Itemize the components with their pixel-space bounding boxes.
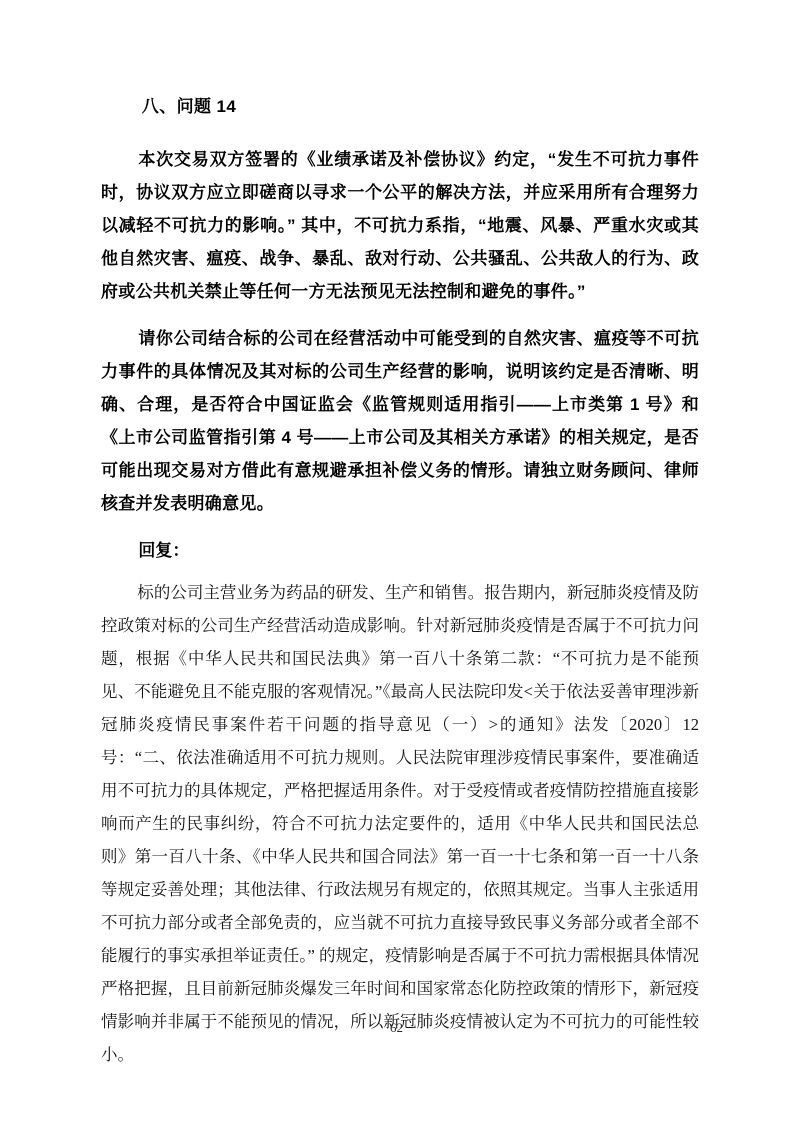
section-heading: 八、问题 14	[101, 96, 699, 118]
question-paragraph-2: 请你公司结合标的公司在经营活动中可能受到的自然灾害、瘟疫等不可抗力事件的具体情况…	[101, 322, 699, 520]
page-number: 62	[0, 1020, 793, 1036]
question-paragraph-1: 本次交易双方签署的《业绩承诺及补偿协议》约定，“发生不可抗力事件时，协议双方应立…	[101, 143, 699, 308]
reply-label: 回复：	[101, 534, 699, 567]
reply-paragraph-1: 标的公司主营业务为药品的研发、生产和销售。报告期内，新冠肺炎疫情及防控政策对标的…	[101, 576, 699, 1071]
page-content: 八、问题 14 本次交易双方签署的《业绩承诺及补偿协议》约定，“发生不可抗力事件…	[101, 96, 699, 1071]
document-page: 八、问题 14 本次交易双方签署的《业绩承诺及补偿协议》约定，“发生不可抗力事件…	[0, 0, 793, 1122]
